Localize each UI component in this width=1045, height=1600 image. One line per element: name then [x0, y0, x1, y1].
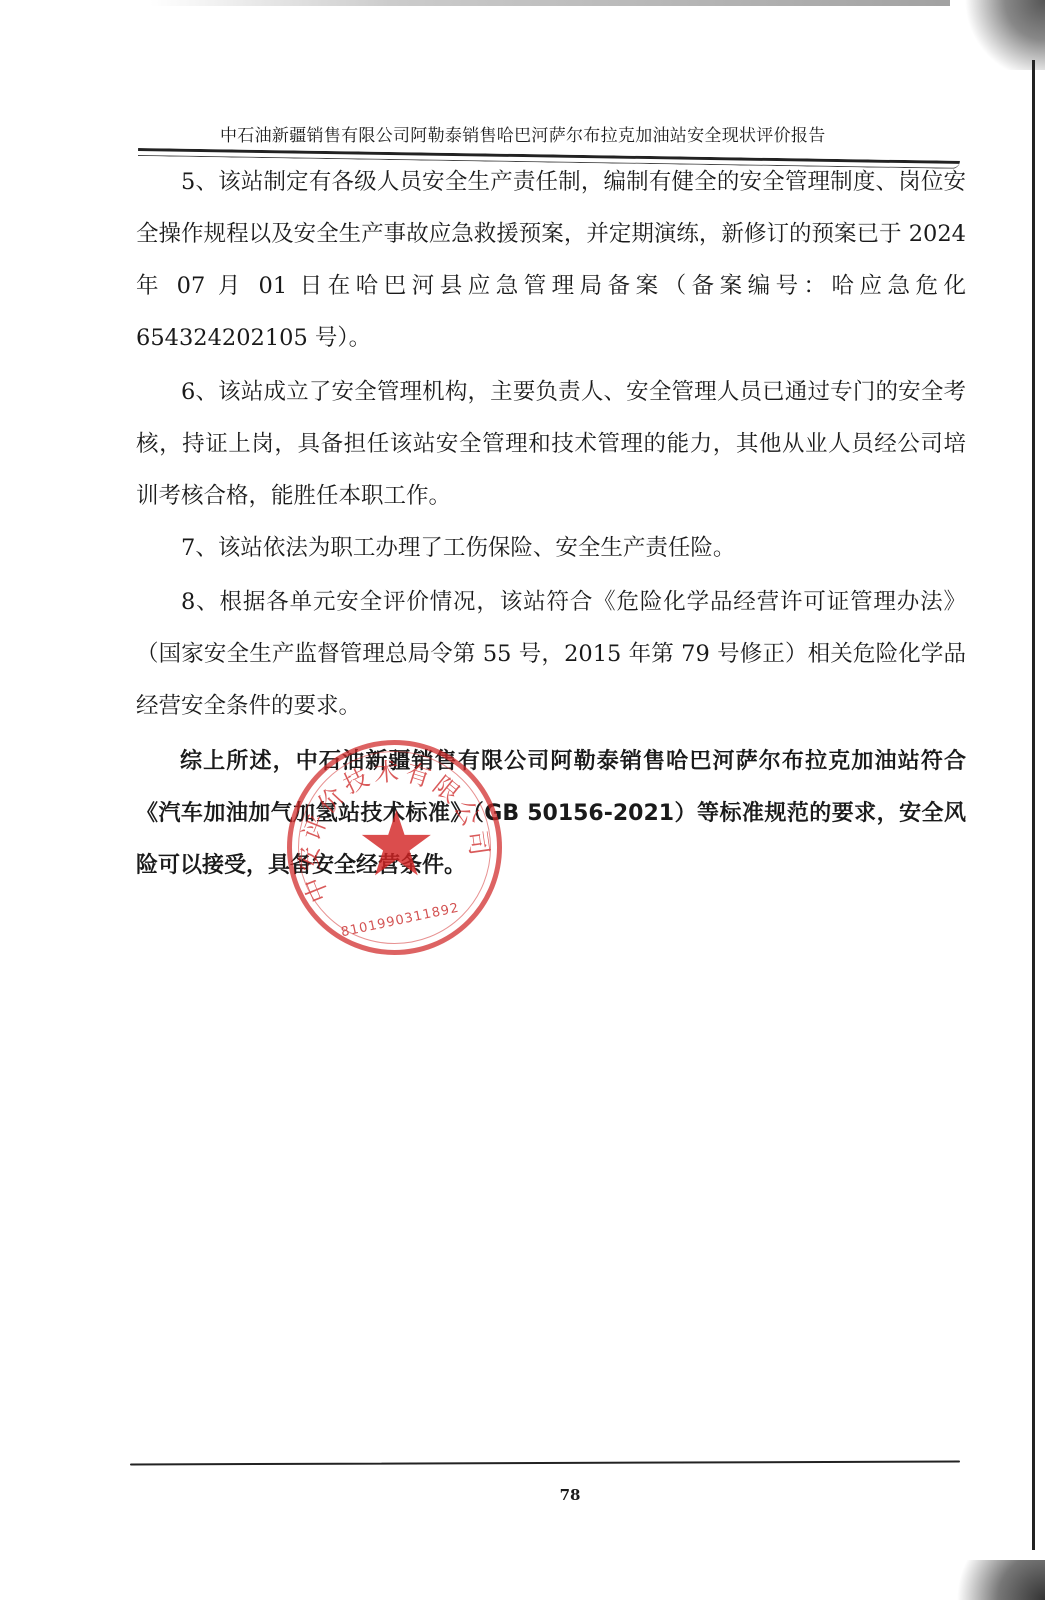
paragraph-conclusion: 综上所述，中石油新疆销售有限公司阿勒泰销售哈巴河萨尔布拉克加油站符合《汽车加油加… [136, 736, 966, 892]
seal-star-icon: ★ [356, 805, 436, 885]
scan-shadow-top [150, 0, 950, 6]
scan-shadow-corner-bottom-right [935, 1560, 1045, 1600]
official-seal: 中安评价技术有限公司 ★ 8101990311892 [287, 740, 502, 955]
page-edge-right [1032, 60, 1035, 1550]
paragraph-item-6: 6、该站成立了安全管理机构，主要负责人、安全管理人员已通过专门的安全考核，持证上… [136, 366, 966, 522]
paragraph-item-8: 8、根据各单元安全评价情况，该站符合《危险化学品经营许可证管理办法》（国家安全生… [136, 576, 966, 732]
report-header-title: 中石油新疆销售有限公司阿勒泰销售哈巴河萨尔布拉克加油站安全现状评价报告 [220, 121, 920, 146]
paragraph-item-5: 5、该站制定有各级人员安全生产责任制，编制有健全的安全管理制度、岗位安全操作规程… [136, 156, 966, 364]
footer-divider [130, 1461, 960, 1466]
paragraph-item-7: 7、该站依法为职工办理了工伤保险、安全生产责任险。 [136, 522, 966, 574]
page-number: 78 [540, 1486, 600, 1504]
document-page: 中石油新疆销售有限公司阿勒泰销售哈巴河萨尔布拉克加油站安全现状评价报告 5、该站… [0, 0, 1045, 1600]
